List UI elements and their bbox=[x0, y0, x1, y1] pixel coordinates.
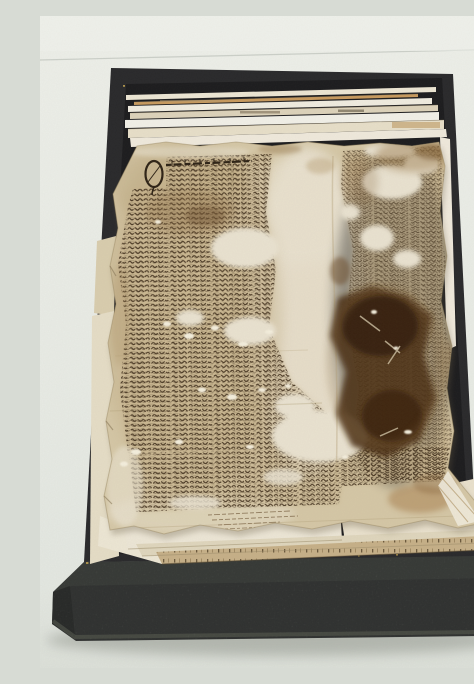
photo-grain-overlay bbox=[40, 16, 474, 668]
manuscript-photo: Photograph of a heavily damaged medieval… bbox=[40, 16, 474, 668]
photo-canvas bbox=[40, 16, 474, 668]
